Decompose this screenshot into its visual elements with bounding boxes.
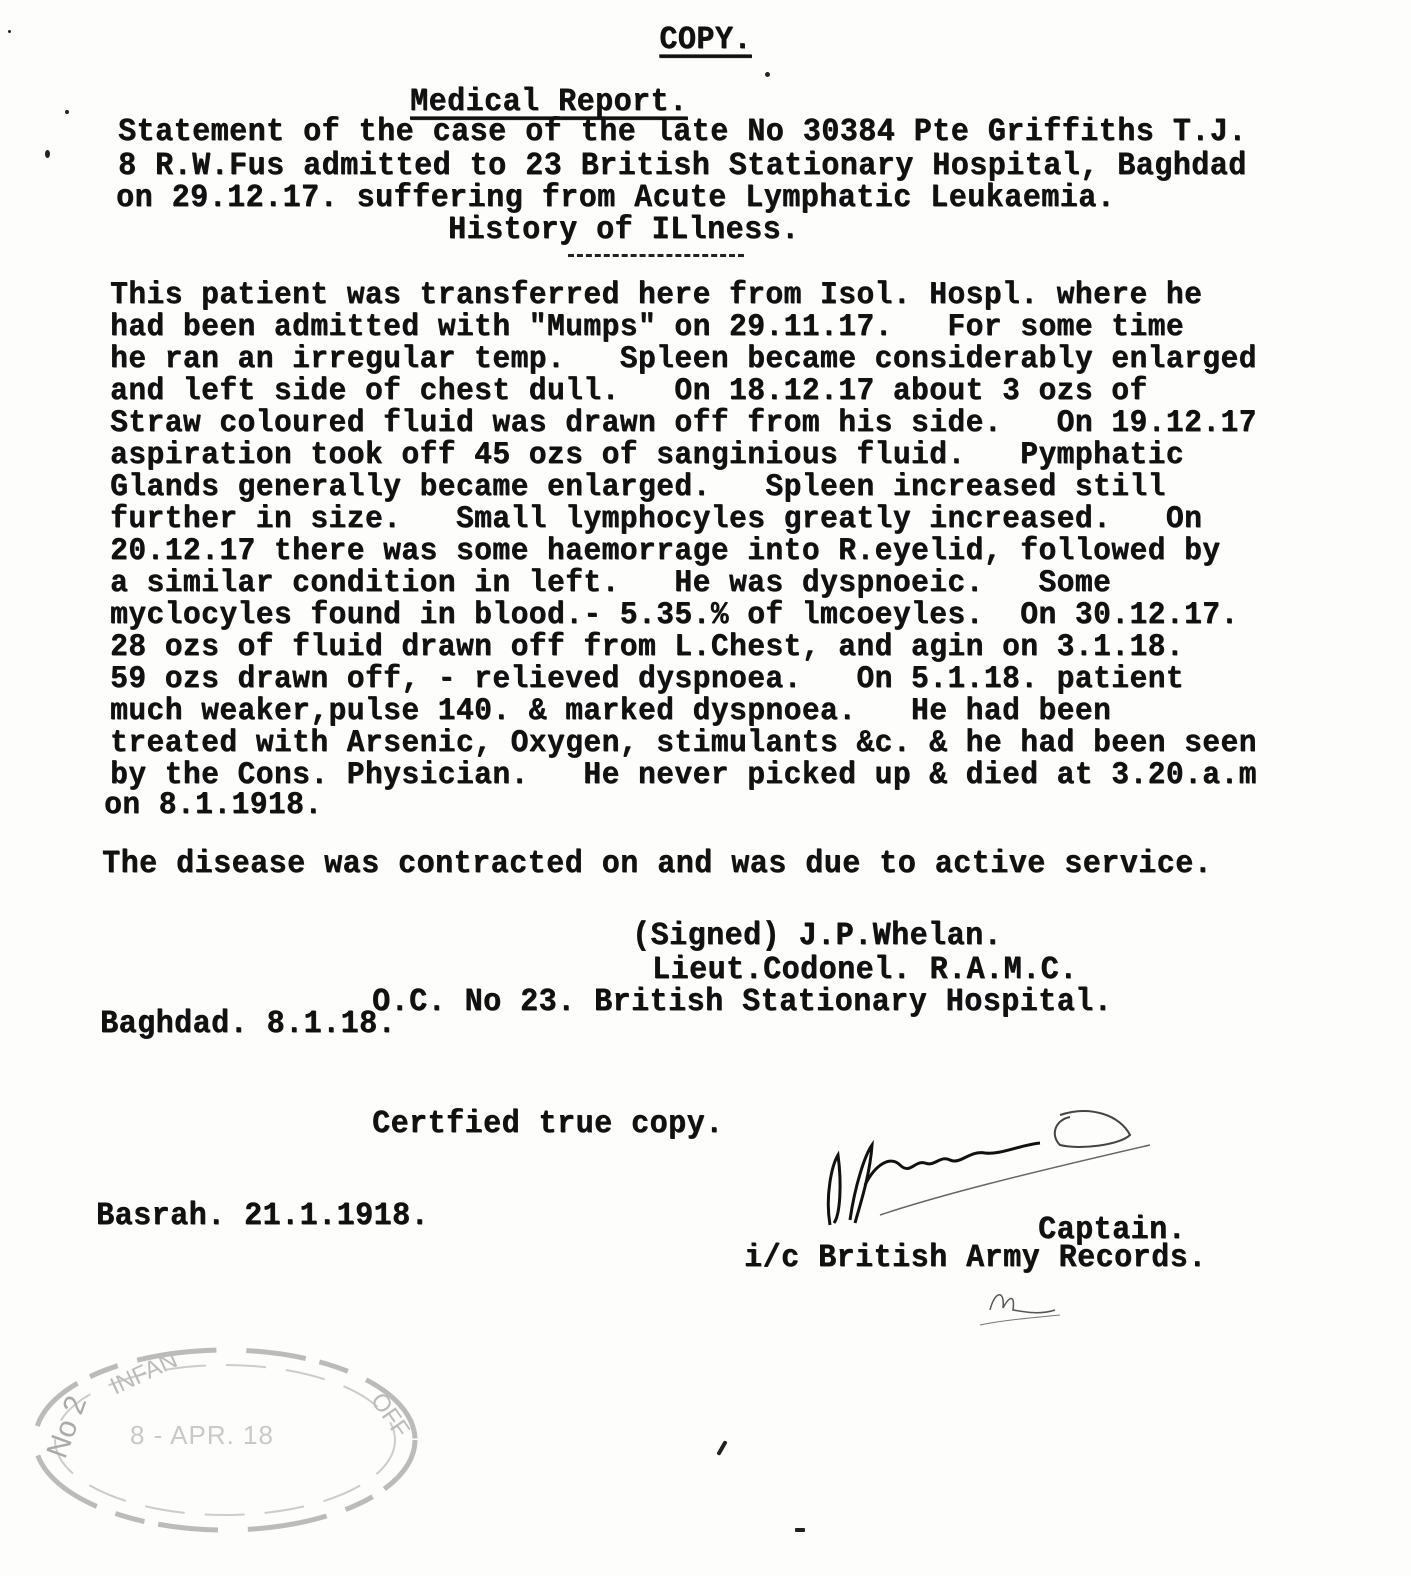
- basrah-date: Basrah. 21.1.1918.: [96, 1198, 429, 1235]
- speck: [765, 72, 770, 77]
- speck: [716, 1440, 727, 1456]
- signed-name: (Signed) J.P.Whelan.: [632, 918, 1002, 955]
- svg-text:No 2: No 2: [41, 1392, 94, 1463]
- speck: [795, 1528, 805, 1532]
- stamp-date: 8 - APR. 18: [130, 1420, 274, 1451]
- records-office: i/c British Army Records.: [744, 1240, 1207, 1277]
- certification-text: Certfied true copy.: [372, 1106, 724, 1143]
- divider: [568, 254, 744, 257]
- signed-unit: O.C. No 23. British Stationary Hospital.: [372, 984, 1112, 1021]
- speck: [65, 110, 69, 114]
- conclusion: The disease was contracted on and was du…: [102, 846, 1212, 883]
- section-heading: History of ILlness.: [448, 212, 800, 249]
- document-page: COPY. Medical Report. Statement of the c…: [0, 0, 1411, 1576]
- statement-line: Statement of the case of the late No 303…: [118, 114, 1247, 151]
- speck: [45, 150, 50, 158]
- svg-text:INFAN: INFAN: [106, 1346, 181, 1400]
- initials-mark: [975, 1280, 1065, 1330]
- history-line: on 8.1.1918.: [104, 786, 322, 823]
- handwritten-signature: [820, 1105, 1160, 1235]
- svg-text:OFF: OFF: [365, 1388, 415, 1443]
- baghdad-date: Baghdad. 8.1.18.: [100, 1006, 396, 1043]
- copy-header: COPY.: [0, 22, 1411, 59]
